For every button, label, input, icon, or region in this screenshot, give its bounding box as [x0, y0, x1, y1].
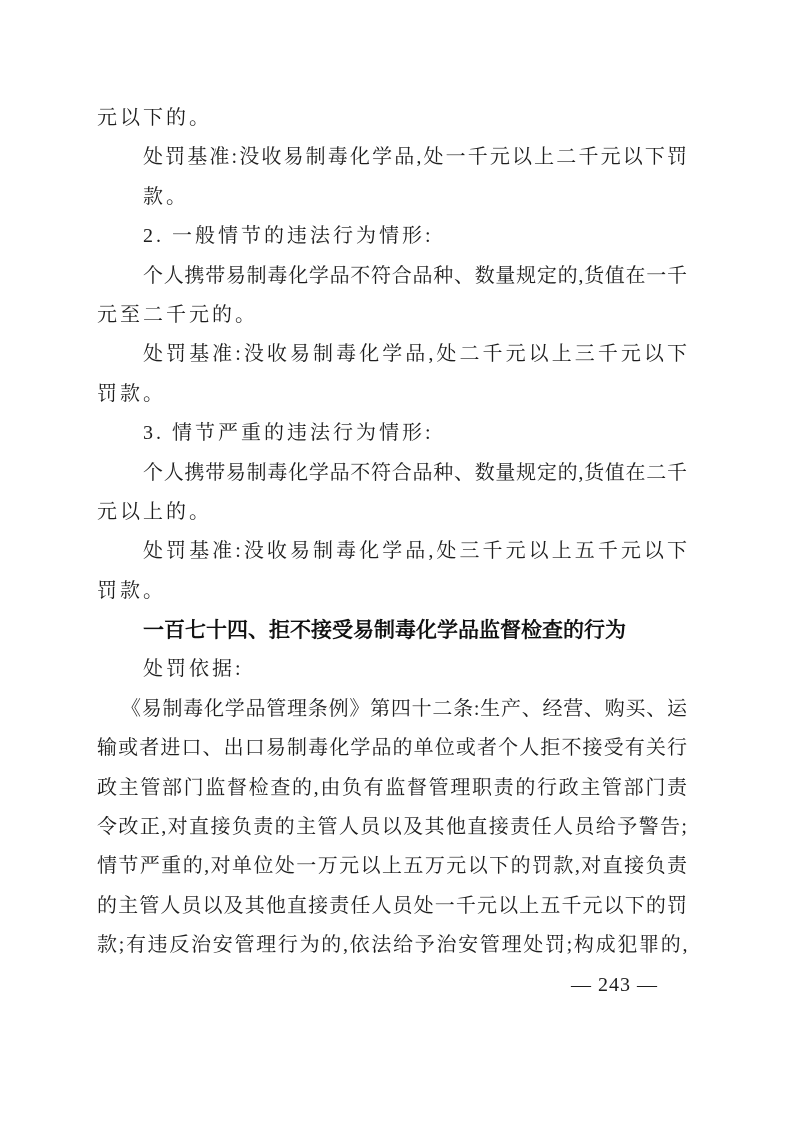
body-line: 处罚基准:没收易制毒化学品,处一千元以上二千元以下罚 — [97, 138, 687, 177]
section-heading: 一百七十四、拒不接受易制毒化学品监督检查的行为 — [97, 611, 687, 650]
body-line: 情节严重的,对单位处一万元以上五万元以下的罚款,对直接负责 — [97, 847, 687, 886]
body-line: 元以上的。 — [97, 493, 687, 532]
text-block: 元以下的。 处罚基准:没收易制毒化学品,处一千元以上二千元以下罚 款。 2. 一… — [97, 99, 687, 1005]
list-item-2: 2. 一般情节的违法行为情形: — [97, 217, 687, 256]
body-line: 罚款。 — [97, 572, 687, 611]
body-line: 处罚基准:没收易制毒化学品,处三千元以上五千元以下 — [97, 532, 687, 571]
body-line: 款。 — [97, 178, 687, 217]
body-line: 的主管人员以及其他直接责任人员处一千元以上五千元以下的罚 — [97, 887, 687, 926]
body-line: 《易制毒化学品管理条例》第四十二条:生产、经营、购买、运 — [97, 690, 687, 729]
list-item-3: 3. 情节严重的违法行为情形: — [97, 414, 687, 453]
body-line: 个人携带易制毒化学品不符合品种、数量规定的,货值在二千 — [97, 454, 687, 493]
body-line: 款;有违反治安管理行为的,依法给予治安管理处罚;构成犯罪的, — [97, 926, 687, 965]
body-line: 政主管部门监督检查的,由负有监督管理职责的行政主管部门责 — [97, 769, 687, 808]
body-line: 元以下的。 — [97, 99, 687, 138]
page-number: — 243 — — [97, 966, 687, 1005]
body-line: 罚款。 — [97, 375, 687, 414]
body-line: 输或者进口、出口易制毒化学品的单位或者个人拒不接受有关行 — [97, 729, 687, 768]
body-line: 元至二千元的。 — [97, 296, 687, 335]
document-page: 元以下的。 处罚基准:没收易制毒化学品,处一千元以上二千元以下罚 款。 2. 一… — [0, 0, 793, 1122]
body-line: 个人携带易制毒化学品不符合品种、数量规定的,货值在一千 — [97, 257, 687, 296]
body-line: 处罚基准:没收易制毒化学品,处二千元以上三千元以下 — [97, 335, 687, 374]
body-line: 处罚依据: — [97, 650, 687, 689]
body-line: 令改正,对直接负责的主管人员以及其他直接责任人员给予警告; — [97, 808, 687, 847]
